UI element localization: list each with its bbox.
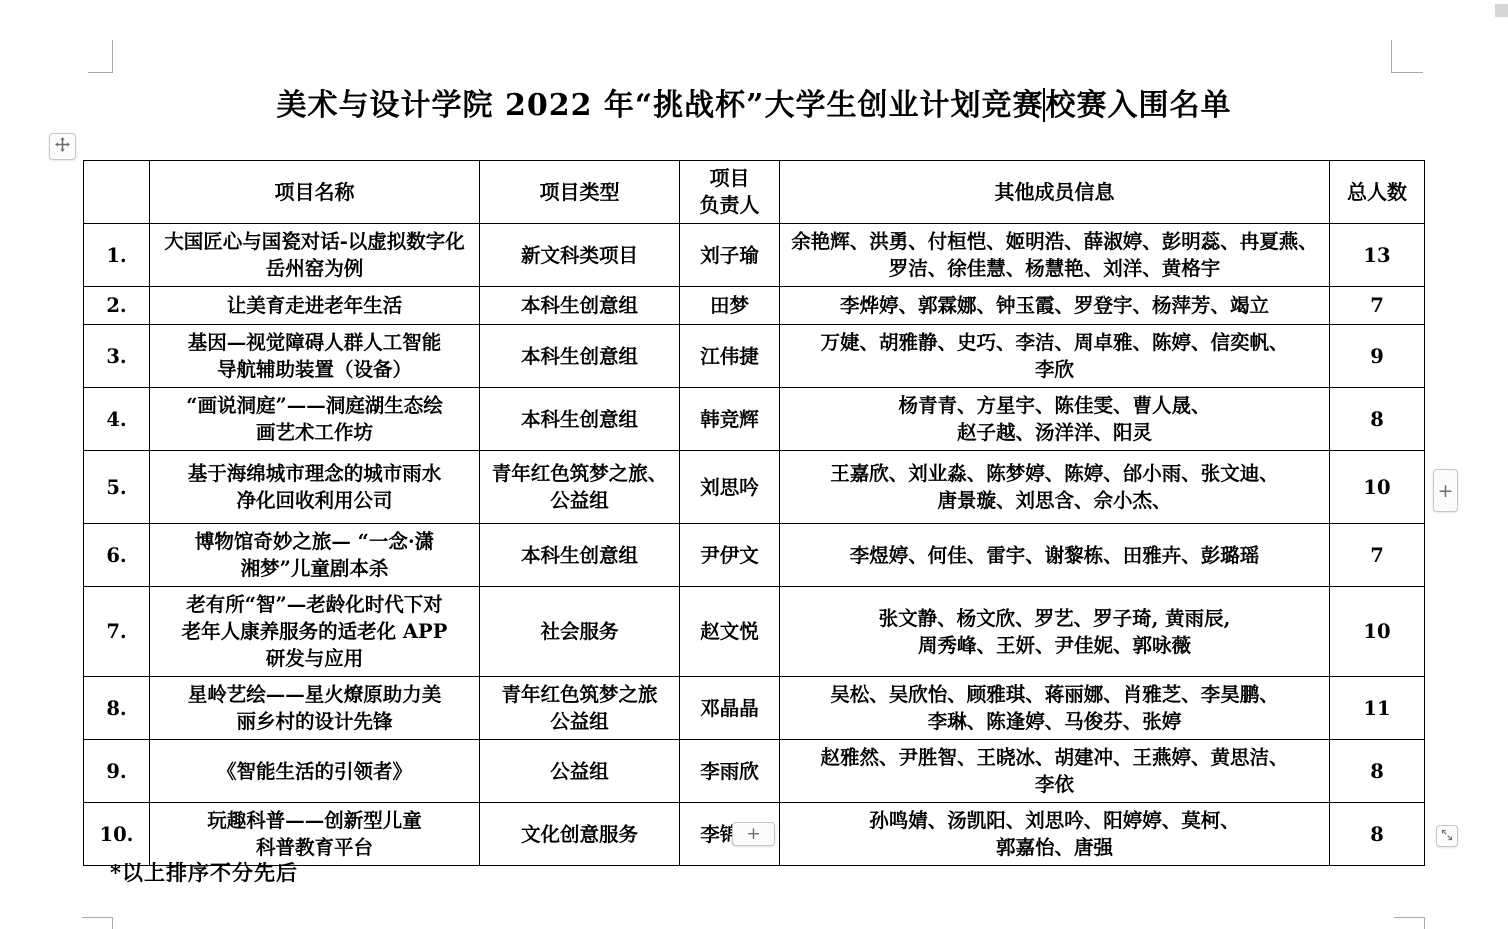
project-leader-cell[interactable]: 赵文悦	[680, 587, 780, 677]
members-cell[interactable]: 李煜婷、何佳、雷宇、谢黎栋、田雅卉、彭璐瑶	[780, 524, 1330, 587]
insert-row-button[interactable]: +	[732, 822, 775, 846]
project-name-cell[interactable]: 博物馆奇妙之旅— “一念·潇 湘梦”儿童剧本杀	[150, 524, 480, 587]
scrollbar-fragment[interactable]	[1495, 4, 1508, 17]
table-row: 8.星岭艺绘——星火燎原助力美 丽乡村的设计先锋青年红色筑梦之旅 公益组邓晶晶吴…	[84, 677, 1425, 740]
table-resize-handle[interactable]	[1436, 825, 1458, 847]
project-name-cell[interactable]: 《智能生活的引领者》	[150, 740, 480, 803]
header-other-members[interactable]: 其他成员信息	[780, 161, 1330, 224]
project-leader-cell[interactable]: 刘思吟	[680, 451, 780, 524]
move-cross-icon	[54, 136, 71, 157]
total-count-cell[interactable]: 9	[1330, 325, 1425, 388]
header-total-count[interactable]: 总人数	[1330, 161, 1425, 224]
project-name-cell[interactable]: 星岭艺绘——星火燎原助力美 丽乡村的设计先锋	[150, 677, 480, 740]
project-type-cell[interactable]: 社会服务	[480, 587, 680, 677]
project-leader-cell[interactable]: 田梦	[680, 287, 780, 325]
project-type-cell[interactable]: 公益组	[480, 740, 680, 803]
title-text-after: 校赛入围名单	[1045, 88, 1231, 123]
project-type-cell[interactable]: 青年红色筑梦之旅 公益组	[480, 677, 680, 740]
table-row: 2.让美育走进老年生活本科生创意组田梦李烨婷、郭霖娜、钟玉霞、罗登宇、杨萍芳、竭…	[84, 287, 1425, 325]
title-text-before: 美术与设计学院 2022 年“挑战杯”大学生创业计划竞赛	[277, 88, 1044, 123]
members-cell[interactable]: 吴松、吴欣怡、顾雅琪、蒋丽娜、肖雅芝、李昊鹏、 李琳、陈逢婷、马俊芬、张婷	[780, 677, 1330, 740]
table-row: 9.《智能生活的引领者》公益组李雨欣赵雅然、尹胜智、王晓冰、胡建冲、王燕婷、黄思…	[84, 740, 1425, 803]
project-leader-cell[interactable]: 江伟捷	[680, 325, 780, 388]
table-row: 6.博物馆奇妙之旅— “一念·潇 湘梦”儿童剧本杀本科生创意组尹伊文李煜婷、何佳…	[84, 524, 1425, 587]
table-row: 7.老有所“智”—老龄化时代下对 老年人康养服务的适老化 APP 研发与应用社会…	[84, 587, 1425, 677]
total-count-cell[interactable]: 7	[1330, 287, 1425, 325]
project-name-cell[interactable]: 大国匠心与国瓷对话-以虚拟数字化 岳州窑为例	[150, 224, 480, 287]
project-type-cell[interactable]: 新文科类项目	[480, 224, 680, 287]
members-cell[interactable]: 张文静、杨文欣、罗艺、罗子琦, 黄雨辰, 周秀峰、王妍、尹佳妮、郭咏薇	[780, 587, 1330, 677]
project-type-cell[interactable]: 本科生创意组	[480, 325, 680, 388]
page-corner-mark-bottom-left	[82, 917, 113, 929]
row-number-cell[interactable]: 4.	[84, 388, 150, 451]
members-cell[interactable]: 杨青青、方星宇、陈佳雯、曹人晟、 赵子越、汤洋洋、阳灵	[780, 388, 1330, 451]
project-type-cell[interactable]: 青年红色筑梦之旅、 公益组	[480, 451, 680, 524]
total-count-cell[interactable]: 8	[1330, 803, 1425, 866]
insert-column-button[interactable]: +	[1433, 469, 1458, 512]
header-project-name[interactable]: 项目名称	[150, 161, 480, 224]
members-cell[interactable]: 赵雅然、尹胜智、王晓冰、胡建冲、王燕婷、黄思洁、 李依	[780, 740, 1330, 803]
row-number-cell[interactable]: 5.	[84, 451, 150, 524]
row-number-cell[interactable]: 7.	[84, 587, 150, 677]
table-body: 1.大国匠心与国瓷对话-以虚拟数字化 岳州窑为例新文科类项目刘子瑜余艳辉、洪勇、…	[84, 224, 1425, 866]
page-corner-mark-top-left	[88, 40, 113, 73]
row-number-cell[interactable]: 6.	[84, 524, 150, 587]
table-row: 1.大国匠心与国瓷对话-以虚拟数字化 岳州窑为例新文科类项目刘子瑜余艳辉、洪勇、…	[84, 224, 1425, 287]
finalist-table: 项目名称 项目类型 项目 负责人 其他成员信息 总人数 1.大国匠心与国瓷对话-…	[83, 160, 1425, 866]
project-name-cell[interactable]: 让美育走进老年生活	[150, 287, 480, 325]
footnote-text[interactable]: *以上排序不分先后	[110, 857, 298, 887]
row-number-cell[interactable]: 9.	[84, 740, 150, 803]
members-cell[interactable]: 李烨婷、郭霖娜、钟玉霞、罗登宇、杨萍芳、竭立	[780, 287, 1330, 325]
members-cell[interactable]: 万婕、胡雅静、史巧、李洁、周卓雅、陈婷、信奕帆、 李欣	[780, 325, 1330, 388]
project-name-cell[interactable]: 基于海绵城市理念的城市雨水 净化回收利用公司	[150, 451, 480, 524]
project-type-cell[interactable]: 文化创意服务	[480, 803, 680, 866]
project-leader-cell[interactable]: 邓晶晶	[680, 677, 780, 740]
total-count-cell[interactable]: 8	[1330, 388, 1425, 451]
total-count-cell[interactable]: 7	[1330, 524, 1425, 587]
project-leader-cell[interactable]: 李雨欣	[680, 740, 780, 803]
project-name-cell[interactable]: 老有所“智”—老龄化时代下对 老年人康养服务的适老化 APP 研发与应用	[150, 587, 480, 677]
total-count-cell[interactable]: 10	[1330, 587, 1425, 677]
total-count-cell[interactable]: 11	[1330, 677, 1425, 740]
header-project-leader[interactable]: 项目 负责人	[680, 161, 780, 224]
table-row: 4.“画说洞庭”——洞庭湖生态绘 画艺术工作坊本科生创意组韩竞辉杨青青、方星宇、…	[84, 388, 1425, 451]
project-type-cell[interactable]: 本科生创意组	[480, 524, 680, 587]
members-cell[interactable]: 王嘉欣、刘业淼、陈梦婷、陈婷、邰小雨、张文迪、 唐景璇、刘思含、佘小杰、	[780, 451, 1330, 524]
project-leader-cell[interactable]: 韩竞辉	[680, 388, 780, 451]
total-count-cell[interactable]: 10	[1330, 451, 1425, 524]
project-name-cell[interactable]: 基因—视觉障碍人群人工智能 导航辅助装置（设备）	[150, 325, 480, 388]
total-count-cell[interactable]: 8	[1330, 740, 1425, 803]
row-number-cell[interactable]: 8.	[84, 677, 150, 740]
table-move-handle[interactable]	[49, 133, 76, 160]
plus-icon: +	[1438, 480, 1454, 502]
header-blank-cell[interactable]	[84, 161, 150, 224]
project-name-cell[interactable]: “画说洞庭”——洞庭湖生态绘 画艺术工作坊	[150, 388, 480, 451]
members-cell[interactable]: 余艳辉、洪勇、付桓恺、姬明浩、薛淑婷、彭明蕊、冉夏燕、 罗洁、徐佳慧、杨慧艳、刘…	[780, 224, 1330, 287]
members-cell[interactable]: 孙鸣婧、汤凯阳、刘思吟、阳婷婷、莫柯、 郭嘉怡、唐强	[780, 803, 1330, 866]
document-title[interactable]: 美术与设计学院 2022 年“挑战杯”大学生创业计划竞赛校赛入围名单	[0, 80, 1508, 124]
page-corner-mark-top-right	[1391, 40, 1423, 73]
project-type-cell[interactable]: 本科生创意组	[480, 287, 680, 325]
project-leader-cell[interactable]: 刘子瑜	[680, 224, 780, 287]
table-row: 3.基因—视觉障碍人群人工智能 导航辅助装置（设备）本科生创意组江伟捷万婕、胡雅…	[84, 325, 1425, 388]
plus-icon: +	[746, 824, 760, 844]
project-leader-cell[interactable]: 尹伊文	[680, 524, 780, 587]
page-corner-mark-bottom-right	[1394, 917, 1425, 929]
total-count-cell[interactable]: 13	[1330, 224, 1425, 287]
project-type-cell[interactable]: 本科生创意组	[480, 388, 680, 451]
row-number-cell[interactable]: 3.	[84, 325, 150, 388]
table-row: 5.基于海绵城市理念的城市雨水 净化回收利用公司青年红色筑梦之旅、 公益组刘思吟…	[84, 451, 1425, 524]
row-number-cell[interactable]: 2.	[84, 287, 150, 325]
header-project-type[interactable]: 项目类型	[480, 161, 680, 224]
diagonal-resize-icon	[1440, 827, 1454, 846]
table-header-row: 项目名称 项目类型 项目 负责人 其他成员信息 总人数	[84, 161, 1425, 224]
row-number-cell[interactable]: 1.	[84, 224, 150, 287]
